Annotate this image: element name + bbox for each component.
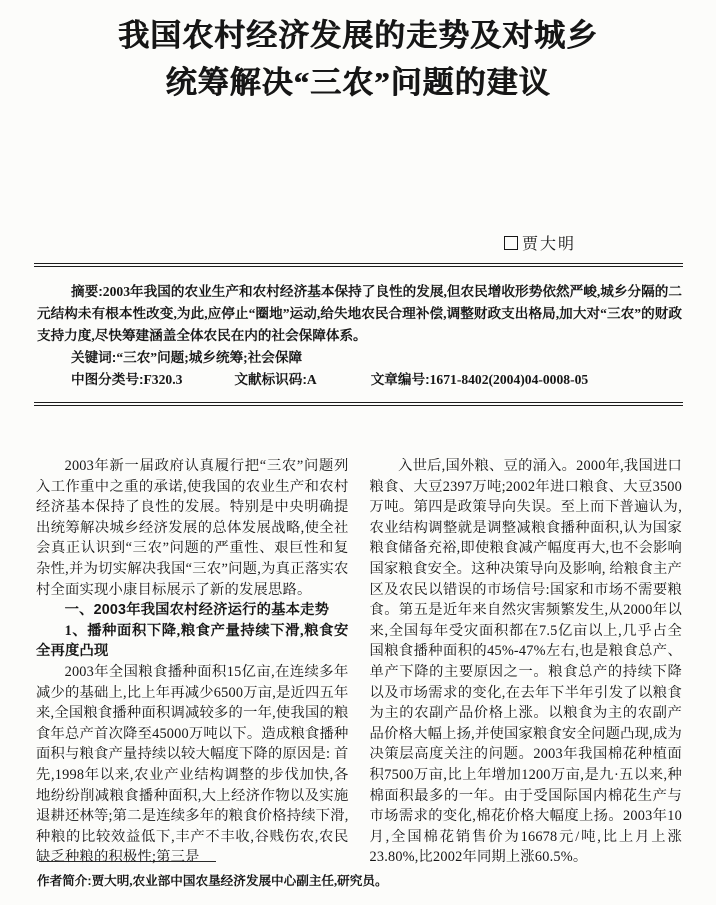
author-bio-text: 贾大明,农业部中国农垦经济发展中心副主任,研究员。 [92,874,388,888]
body-columns: 2003年新一届政府认真履行把“三农”问题列入工作重中之重的承诺,使我国的农业生… [36,456,682,868]
subsection-heading: 1、播种面积下降,粮食产量持续下滑,粮食安全再度凸现 [36,621,349,662]
clc-line: 中图分类号:F320.3文献标识码:A文章编号:1671-8402(2004)0… [37,369,682,391]
right-column: 入世后,国外粮、豆的涌入。2000年,我国进口粮食、大豆2397万吨;2002年… [370,456,683,868]
author-name: 贾大明 [522,236,576,253]
top-double-rule [34,263,683,267]
section-heading: 一、2003年我国农村经济运行的基本走势 [36,600,349,621]
keywords-label: 关键词: [71,350,116,365]
right-column-paragraph: 入世后,国外粮、豆的涌入。2000年,我国进口粮食、大豆2397万吨;2002年… [370,456,683,868]
article-title-line-1: 我国农村经济发展的走势及对城乡 [0,12,716,59]
intro-paragraph: 2003年新一届政府认真履行把“三农”问题列入工作重中之重的承诺,使我国的农业生… [36,456,349,600]
article-id-value: 1671-8402(2004)04-0008-05 [430,372,589,387]
abstract-label: 摘要: [71,284,103,299]
article-title-line-2: 统筹解决“三农”问题的建议 [0,59,716,106]
author-bio: 作者简介:贾大明,农业部中国农垦经济发展中心副主任,研究员。 [37,872,416,890]
abstract-text: 2003年我国的农业生产和农村经济基本保持了良性的发展,但农民增收形势依然严峻,… [37,284,682,343]
article-id-label: 文章编号: [371,372,430,387]
left-column: 2003年新一届政府认真履行把“三农”问题列入工作重中之重的承诺,使我国的农业生… [36,456,349,868]
journal-article-page: 我国农村经济发展的走势及对城乡 统筹解决“三农”问题的建议 贾大明 摘要:200… [0,0,716,905]
doc-code-value: A [307,372,317,387]
author-bio-label: 作者简介: [37,874,92,888]
clc-label: 中图分类号: [71,372,144,387]
author-byline: 贾大明 [504,231,576,254]
footnote-rule [39,861,216,862]
article-title: 我国农村经济发展的走势及对城乡 统筹解决“三农”问题的建议 [0,12,716,106]
bottom-double-rule [34,402,683,406]
clc-value: F320.3 [144,372,183,387]
front-matter: 摘要:2003年我国的农业生产和农村经济基本保持了良性的发展,但农民增收形势依然… [37,281,682,391]
author-box-icon [504,236,518,250]
abstract-paragraph: 摘要:2003年我国的农业生产和农村经济基本保持了良性的发展,但农民增收形势依然… [37,281,682,347]
keywords-text: “三农”问题;城乡统筹;社会保障 [116,350,302,365]
doc-code-label: 文献标识码: [234,372,307,387]
keywords-line: 关键词:“三农”问题;城乡统筹;社会保障 [37,347,682,369]
body-paragraph: 2003年全国粮食播种面积15亿亩,在连续多年减少的基础上,比上年再减少6500… [36,662,349,868]
